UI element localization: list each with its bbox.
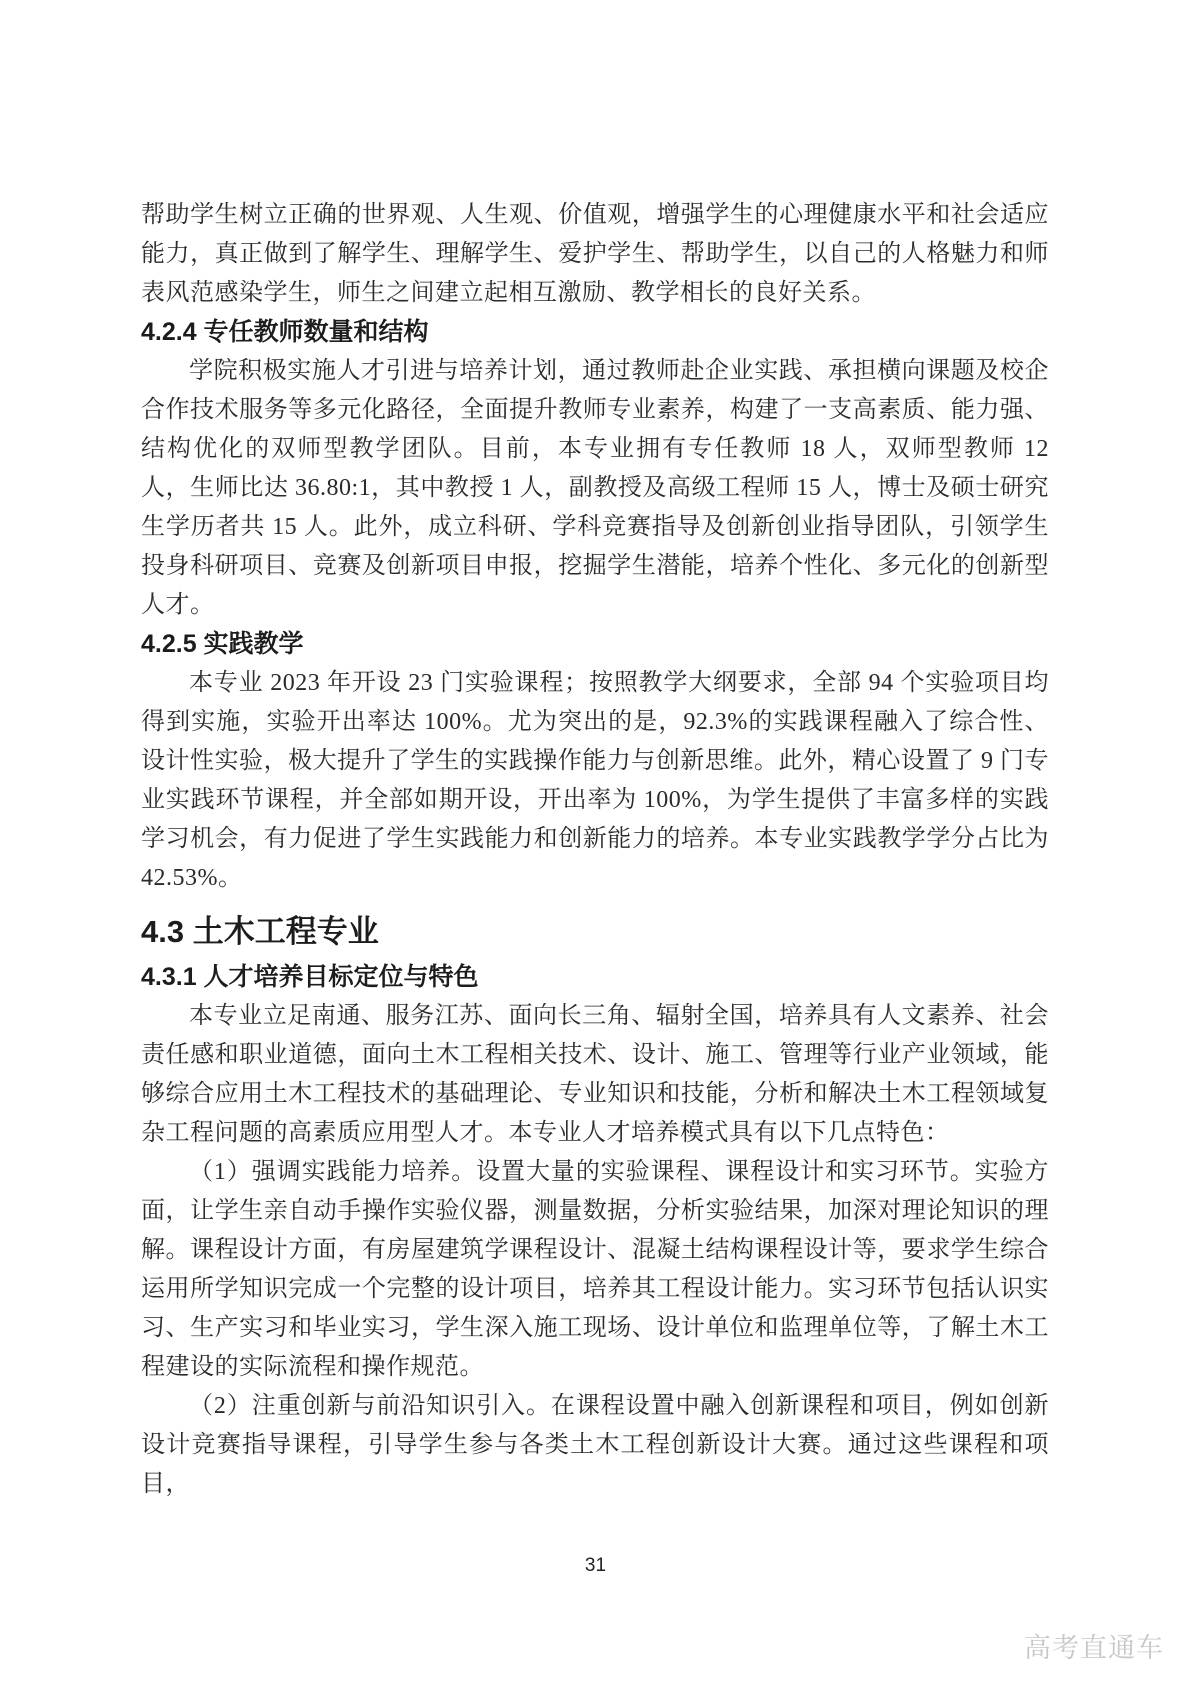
section-heading-4-3-1: 4.3.1 人才培养目标定位与特色 [141, 958, 1049, 997]
paragraph-continued: 帮助学生树立正确的世界观、人生观、价值观，增强学生的心理健康水平和社会适应能力，… [141, 196, 1049, 313]
chapter-heading-4-3: 4.3 土木工程专业 [141, 908, 1049, 956]
watermark-gaokao-zhitongche: 高考直通车 [1024, 1626, 1164, 1665]
page-body: 帮助学生树立正确的世界观、人生观、价值观，增强学生的心理健康水平和社会适应能力，… [141, 196, 1049, 1504]
page-number: 31 [0, 1555, 1191, 1577]
document-page: 帮助学生树立正确的世界观、人生观、价值观，增强学生的心理健康水平和社会适应能力，… [0, 0, 1191, 1684]
paragraph-feature-2: （2）注重创新与前沿知识引入。在课程设置中融入创新课程和项目，例如创新设计竞赛指… [141, 1387, 1049, 1504]
paragraph-civil-engineering-goal: 本专业立足南通、服务江苏、面向长三角、辐射全国，培养具有人文素养、社会责任感和职… [141, 997, 1049, 1153]
section-heading-4-2-4: 4.2.4 专任教师数量和结构 [141, 313, 1049, 352]
section-heading-4-2-5: 4.2.5 实践教学 [141, 625, 1049, 664]
paragraph-practice-teaching: 本专业 2023 年开设 23 门实验课程；按照教学大纲要求，全部 94 个实验… [141, 664, 1049, 898]
paragraph-faculty-structure: 学院积极实施人才引进与培养计划，通过教师赴企业实践、承担横向课题及校企合作技术服… [141, 352, 1049, 625]
paragraph-feature-1: （1）强调实践能力培养。设置大量的实验课程、课程设计和实习环节。实验方面，让学生… [141, 1153, 1049, 1387]
